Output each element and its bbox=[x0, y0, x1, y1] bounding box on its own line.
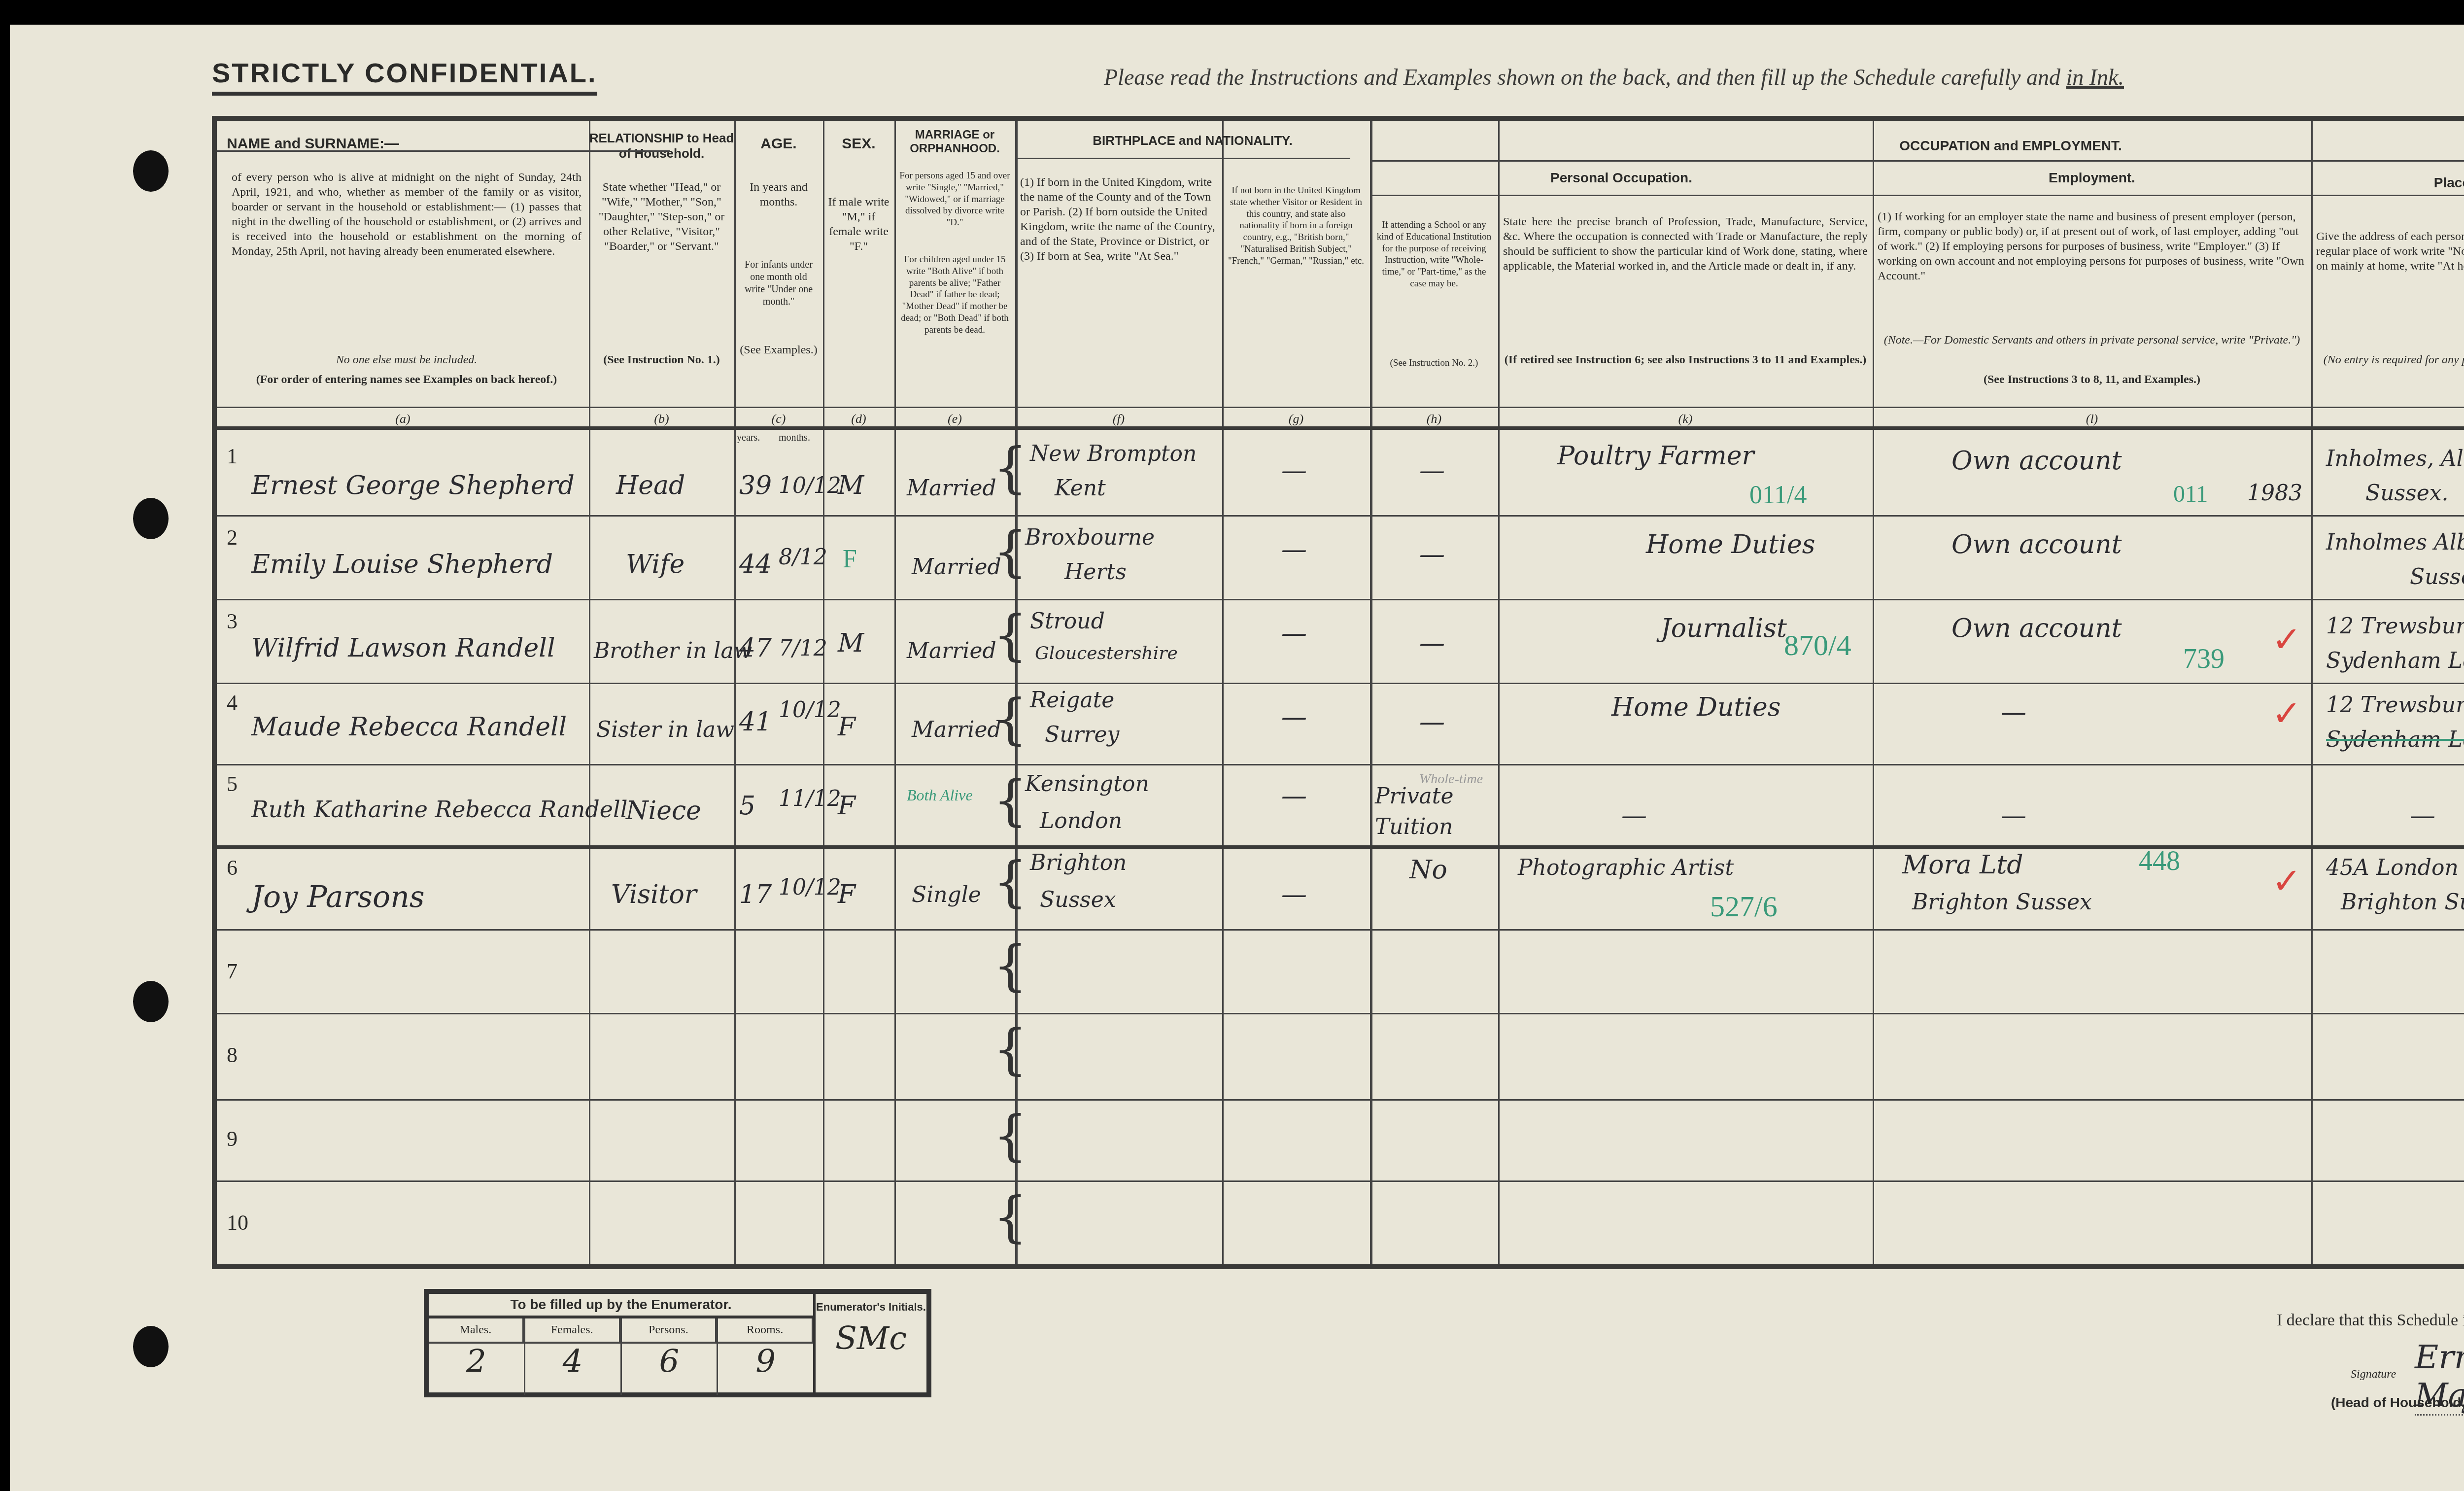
brace: { bbox=[993, 1104, 1027, 1167]
col-divider bbox=[1873, 121, 1874, 1264]
males-label: Males. bbox=[429, 1318, 524, 1344]
col-letter: (l) bbox=[1873, 412, 2311, 426]
employment-note: (Note.—For Domestic Servants and others … bbox=[1873, 333, 2311, 347]
row-number: 1 bbox=[227, 444, 238, 469]
occupation-code: 870/4 bbox=[1784, 628, 1851, 662]
employment-code: 011 bbox=[2173, 481, 2208, 508]
row-rule bbox=[217, 1099, 2464, 1101]
personal-occupation-instructions: State here the precise branch of Profess… bbox=[1498, 214, 1873, 274]
sex-column-instructions: If male write "M," if female write "F." bbox=[823, 195, 894, 254]
punch-hole bbox=[133, 981, 169, 1022]
school: — bbox=[1419, 540, 1445, 569]
nationality: — bbox=[1281, 535, 1307, 564]
nationality: — bbox=[1281, 456, 1307, 485]
red-check-mark: ✓ bbox=[2272, 693, 2301, 734]
females-cell: Females.4 bbox=[525, 1318, 622, 1395]
signature-label: Signature bbox=[2351, 1368, 2396, 1381]
birthplace-instructions: (1) If born in the United Kingdom, write… bbox=[1015, 175, 1222, 264]
col-divider bbox=[1222, 121, 1224, 1264]
rule bbox=[217, 150, 670, 152]
age-column-title: AGE. bbox=[734, 136, 823, 152]
employment: Own account bbox=[1951, 446, 2122, 476]
nationality: — bbox=[1281, 781, 1307, 811]
row-number: 5 bbox=[227, 771, 238, 797]
enumerator-summary-box: To be filled up by the Enumerator. Males… bbox=[424, 1289, 931, 1397]
birthplace-town: Stroud bbox=[1030, 609, 1105, 634]
sex: F bbox=[838, 791, 856, 821]
occupation: Journalist bbox=[1661, 614, 1787, 643]
in-ink-text: in Ink. bbox=[2066, 65, 2124, 90]
sex: F bbox=[843, 545, 857, 574]
row-rule bbox=[217, 515, 2464, 517]
col-letter: (e) bbox=[894, 412, 1015, 426]
col-letter: (f) bbox=[1015, 412, 1222, 426]
person-name: Ruth Katharine Rebecca Randell bbox=[251, 796, 627, 823]
employment-title: Employment. bbox=[1873, 170, 2311, 186]
age-column-note: For infants under one month old write "U… bbox=[734, 259, 823, 308]
females-label: Females. bbox=[525, 1318, 620, 1344]
persons-label: Persons. bbox=[622, 1318, 717, 1344]
relationship-column-title: RELATIONSHIP to Head of Household. bbox=[589, 131, 734, 161]
sex: F bbox=[838, 712, 856, 742]
brace: { bbox=[993, 850, 1027, 913]
males-cell: Males.2 bbox=[429, 1318, 525, 1395]
place-of-work-line1: Inholmes, Albourne bbox=[2326, 446, 2464, 471]
rule bbox=[217, 426, 2464, 430]
school-note: (See Instruction No. 2.) bbox=[1370, 357, 1498, 369]
place-of-work-line1: 45A London Rd bbox=[2326, 855, 2464, 880]
place-of-work-line1: — bbox=[2410, 801, 2435, 831]
col-letter: (k) bbox=[1498, 412, 1873, 426]
person-name: Emily Louise Shepherd bbox=[251, 550, 553, 579]
birthplace-title: BIRTHPLACE and NATIONALITY. bbox=[1015, 133, 1370, 148]
marriage: Single bbox=[912, 882, 981, 907]
enumerator-initials-label: Enumerator's Initials. bbox=[816, 1294, 926, 1320]
relationship: Head bbox=[616, 471, 685, 500]
sex: M bbox=[838, 471, 864, 500]
strictly-confidential-heading: STRICTLY CONFIDENTIAL. bbox=[212, 57, 597, 96]
row-number: 6 bbox=[227, 855, 238, 880]
marriage: Married bbox=[907, 476, 996, 501]
person-name: Maude Rebecca Randell bbox=[251, 712, 567, 742]
col-letter: (d) bbox=[823, 412, 894, 426]
school: — bbox=[1419, 456, 1445, 485]
row-number: 10 bbox=[227, 1210, 248, 1235]
employment-code: 448 bbox=[2139, 845, 2180, 877]
row-number: 7 bbox=[227, 959, 238, 984]
col-letter: (c) bbox=[734, 412, 823, 426]
red-check-mark: ✓ bbox=[2272, 860, 2301, 902]
brace: { bbox=[993, 934, 1027, 997]
relationship: Brother in law bbox=[594, 638, 752, 663]
punch-hole bbox=[133, 498, 169, 539]
row-rule bbox=[217, 683, 2464, 684]
age-months: 7/12 bbox=[779, 636, 827, 661]
nationality: — bbox=[1281, 702, 1307, 732]
col-letter: (g) bbox=[1222, 412, 1370, 426]
person-name: Wilfrid Lawson Randell bbox=[251, 633, 555, 663]
rooms-label: Rooms. bbox=[718, 1318, 813, 1344]
row-rule bbox=[217, 1180, 2464, 1182]
employment-code: 739 bbox=[2183, 643, 2224, 675]
marriage-column-title: MARRIAGE or ORPHANHOOD. bbox=[894, 128, 1015, 156]
occupation: Home Duties bbox=[1611, 693, 1780, 722]
punch-hole bbox=[133, 1326, 169, 1367]
marriage-column-note: For children aged under 15 write "Both A… bbox=[894, 254, 1015, 336]
brace: { bbox=[993, 436, 1027, 499]
school-instructions: If attending a School or any kind of Edu… bbox=[1370, 219, 1498, 290]
marriage: Married bbox=[907, 638, 996, 663]
place-of-work-line1: 12 Trewsbury Rd bbox=[2326, 693, 2464, 718]
persons-value: 6 bbox=[622, 1344, 717, 1380]
col-divider bbox=[2311, 121, 2313, 1264]
person-name: Joy Parsons bbox=[251, 880, 425, 914]
marriage: Both Alive bbox=[907, 786, 973, 804]
declaration-text: I declare that this Schedule is correctl… bbox=[2277, 1311, 2464, 1330]
place-of-work-note: (No entry is required for any person who… bbox=[2311, 352, 2464, 367]
employment-line2: Brighton Sussex bbox=[1912, 890, 2092, 915]
relationship: Sister in law bbox=[596, 717, 734, 742]
school-note: Whole-time bbox=[1419, 771, 1483, 787]
col-letter: (h) bbox=[1370, 412, 1498, 426]
birthplace-county: Kent bbox=[1055, 476, 1106, 501]
birthplace-town: New Brompton bbox=[1030, 441, 1197, 466]
school: — bbox=[1419, 707, 1445, 737]
row-rule bbox=[217, 845, 2464, 849]
place-of-work-line2: Sussex. bbox=[2365, 481, 2448, 506]
occupation: Poultry Farmer bbox=[1557, 441, 1754, 471]
age-column-note2: (See Examples.) bbox=[734, 343, 823, 357]
place-of-work-line1: 12 Trewsbury Rd bbox=[2326, 614, 2464, 639]
instruction-line: Please read the Instructions and Example… bbox=[1104, 64, 2124, 90]
row-number: 3 bbox=[227, 609, 238, 634]
relationship: Niece bbox=[626, 796, 701, 826]
row-rule bbox=[217, 1013, 2464, 1014]
place-of-work-line2: Sydenham London bbox=[2326, 648, 2464, 673]
age-years: 44 bbox=[739, 550, 772, 579]
age-column-instructions: In years and months. bbox=[734, 180, 823, 209]
brace: { bbox=[993, 520, 1027, 583]
age-months: 10/12 bbox=[779, 875, 841, 900]
col-letter: (b) bbox=[589, 412, 734, 426]
age-months: 10/12 bbox=[779, 697, 841, 723]
personal-occupation-note: (If retired see Instruction 6; see also … bbox=[1498, 352, 1873, 367]
persons-cell: Persons.6 bbox=[622, 1318, 719, 1395]
col-divider bbox=[823, 121, 824, 1264]
employment: — bbox=[2001, 697, 2026, 727]
row-number: 4 bbox=[227, 690, 238, 715]
age-years: 39 bbox=[739, 471, 772, 500]
place-of-work-instructions: Give the address of each person's place … bbox=[2311, 229, 2464, 274]
males-value: 2 bbox=[429, 1344, 524, 1380]
occupation-title: OCCUPATION and EMPLOYMENT. bbox=[1370, 138, 2464, 154]
occupation-code: 527/6 bbox=[1710, 890, 1778, 924]
rule bbox=[217, 407, 2464, 408]
age-months: 8/12 bbox=[779, 545, 827, 570]
sex: M bbox=[838, 628, 864, 658]
females-value: 4 bbox=[525, 1344, 620, 1380]
row-rule bbox=[217, 764, 2464, 765]
rule bbox=[1015, 158, 1350, 159]
age-months: 11/12 bbox=[779, 786, 841, 811]
col-divider bbox=[1370, 121, 1372, 1264]
rule bbox=[1370, 160, 2464, 162]
marriage: Married bbox=[912, 555, 1001, 580]
signature-note: (Head of Household, Manager of Establish… bbox=[2331, 1395, 2464, 1411]
row-number: 9 bbox=[227, 1126, 238, 1151]
enumerator-box-title: To be filled up by the Enumerator. bbox=[429, 1294, 813, 1318]
place-of-work-line1: Inholmes Albourne bbox=[2326, 530, 2464, 555]
employment-note: 1983 bbox=[2247, 481, 2302, 506]
census-table: NAME and SURNAME:— of every person who i… bbox=[212, 116, 2464, 1269]
row-rule bbox=[217, 929, 2464, 931]
relationship: Visitor bbox=[611, 880, 697, 909]
relationship: Wife bbox=[626, 550, 684, 579]
personal-occupation-title: Personal Occupation. bbox=[1370, 170, 1873, 186]
school: Private Tuition bbox=[1375, 781, 1449, 842]
rooms-value: 9 bbox=[718, 1344, 813, 1380]
rooms-cell: Rooms.9 bbox=[718, 1318, 813, 1395]
brace: { bbox=[993, 688, 1027, 751]
col-letter: (a) bbox=[217, 412, 589, 426]
marriage-column-instructions: For persons aged 15 and over write "Sing… bbox=[894, 170, 1015, 229]
occupation: Photographic Artist bbox=[1518, 855, 1734, 880]
name-column-note2: (For order of entering names see Example… bbox=[227, 372, 586, 387]
birthplace-county: Sussex bbox=[1040, 887, 1116, 912]
occupation: — bbox=[1621, 801, 1647, 831]
school: — bbox=[1419, 628, 1445, 658]
rule bbox=[1370, 195, 2464, 196]
place-of-work-title: Place of Work. bbox=[2311, 175, 2464, 191]
instruction-text: Please read the Instructions and Example… bbox=[1104, 65, 2066, 90]
birthplace-town: Broxbourne bbox=[1025, 525, 1155, 550]
punch-hole bbox=[133, 150, 169, 192]
name-column-title: NAME and SURNAME:— bbox=[227, 136, 582, 152]
age-years: 5 bbox=[739, 791, 755, 821]
person-name: Ernest George Shepherd bbox=[251, 471, 575, 500]
brace: { bbox=[993, 604, 1027, 667]
employment-instructions: (1) If working for an employer state the… bbox=[1873, 209, 2311, 283]
brace: { bbox=[993, 1185, 1027, 1248]
nationality: — bbox=[1281, 880, 1307, 909]
birthplace-town: Reigate bbox=[1030, 688, 1114, 713]
enumerator-initials-value: SMc bbox=[816, 1320, 926, 1357]
red-check-mark: ✓ bbox=[2272, 619, 2301, 660]
birthplace-town: Brighton bbox=[1030, 850, 1127, 875]
relationship-column-note: (See Instruction No. 1.) bbox=[589, 352, 734, 367]
birthplace-county: Gloucestershire bbox=[1035, 643, 1178, 663]
age-years: 17 bbox=[739, 880, 772, 909]
brace: { bbox=[993, 1018, 1027, 1081]
birthplace-county: London bbox=[1040, 808, 1122, 833]
col-divider bbox=[1498, 121, 1500, 1264]
birthplace-town: Kensington bbox=[1025, 771, 1149, 797]
school: No bbox=[1409, 855, 1447, 885]
place-of-work-line2: Brighton Sussex bbox=[2341, 890, 2464, 915]
occupation-code: 011/4 bbox=[1749, 481, 1807, 510]
row-rule bbox=[217, 599, 2464, 600]
sex-column-title: SEX. bbox=[823, 136, 894, 152]
brace: { bbox=[993, 769, 1027, 832]
marriage: Married bbox=[912, 717, 1001, 742]
place-of-work-line2: Sussex bbox=[2410, 564, 2464, 589]
employment: — bbox=[2001, 801, 2026, 831]
nationality-instructions: If not born in the United Kingdom state … bbox=[1222, 185, 1370, 267]
relationship-column-instructions: State whether "Head," or "Wife," "Mother… bbox=[589, 180, 734, 254]
place-of-work-line2: Sydenham London bbox=[2326, 727, 2464, 752]
col-divider bbox=[589, 121, 590, 1264]
name-column-note: No one else must be included. bbox=[227, 352, 586, 367]
employment: Mora Ltd bbox=[1902, 850, 2023, 880]
birthplace-county: Herts bbox=[1064, 559, 1127, 585]
occupation: Home Duties bbox=[1646, 530, 1815, 559]
name-column-instructions: of every person who is alive at midnight… bbox=[227, 170, 586, 259]
age-years: 47 bbox=[739, 633, 772, 663]
employment: Own account bbox=[1951, 530, 2122, 559]
nationality: — bbox=[1281, 619, 1307, 648]
col-letter: (m) bbox=[2311, 412, 2464, 426]
employment-note2: (See Instructions 3 to 8, 11, and Exampl… bbox=[1873, 372, 2311, 387]
age-years: 41 bbox=[739, 707, 772, 737]
row-number: 2 bbox=[227, 525, 238, 550]
row-number: 8 bbox=[227, 1042, 238, 1068]
age-months: 10/12 bbox=[779, 473, 841, 498]
sex: F bbox=[838, 880, 856, 909]
age-months-subheader: months. bbox=[779, 432, 810, 444]
employment: Own account bbox=[1951, 614, 2122, 643]
birthplace-county: Surrey bbox=[1045, 722, 1119, 747]
age-years-subheader: years. bbox=[737, 432, 760, 444]
